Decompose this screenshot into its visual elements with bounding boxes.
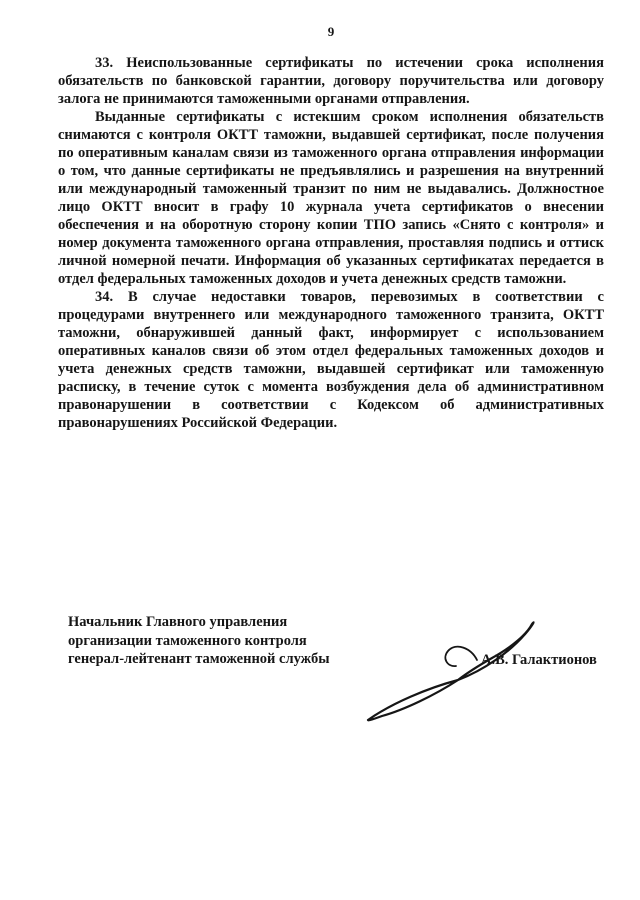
signer-name: А.В. Галактионов: [481, 652, 597, 669]
signature-hook-stroke: [445, 647, 477, 666]
page-number: 9: [58, 24, 604, 40]
signer-title-line-3: генерал-лейтенант таможенной службы: [68, 650, 330, 669]
signer-title-line-2: организации таможенного контроля: [68, 632, 330, 651]
paragraph-33-continuation: Выданные сертификаты с истекшим сроком и…: [58, 108, 604, 288]
document-page: 9 33. Неиспользованные сертификаты по ис…: [0, 0, 640, 900]
signer-title-line-1: Начальник Главного управления: [68, 613, 330, 632]
signature-block: Начальник Главного управления организаци…: [68, 613, 330, 669]
signature-main-stroke: [368, 622, 534, 720]
document-body: 33. Неиспользованные сертификаты по исте…: [58, 54, 604, 432]
paragraph-33: 33. Неиспользованные сертификаты по исте…: [58, 54, 604, 108]
paragraph-34: 34. В случае недоставки товаров, перевоз…: [58, 288, 604, 432]
